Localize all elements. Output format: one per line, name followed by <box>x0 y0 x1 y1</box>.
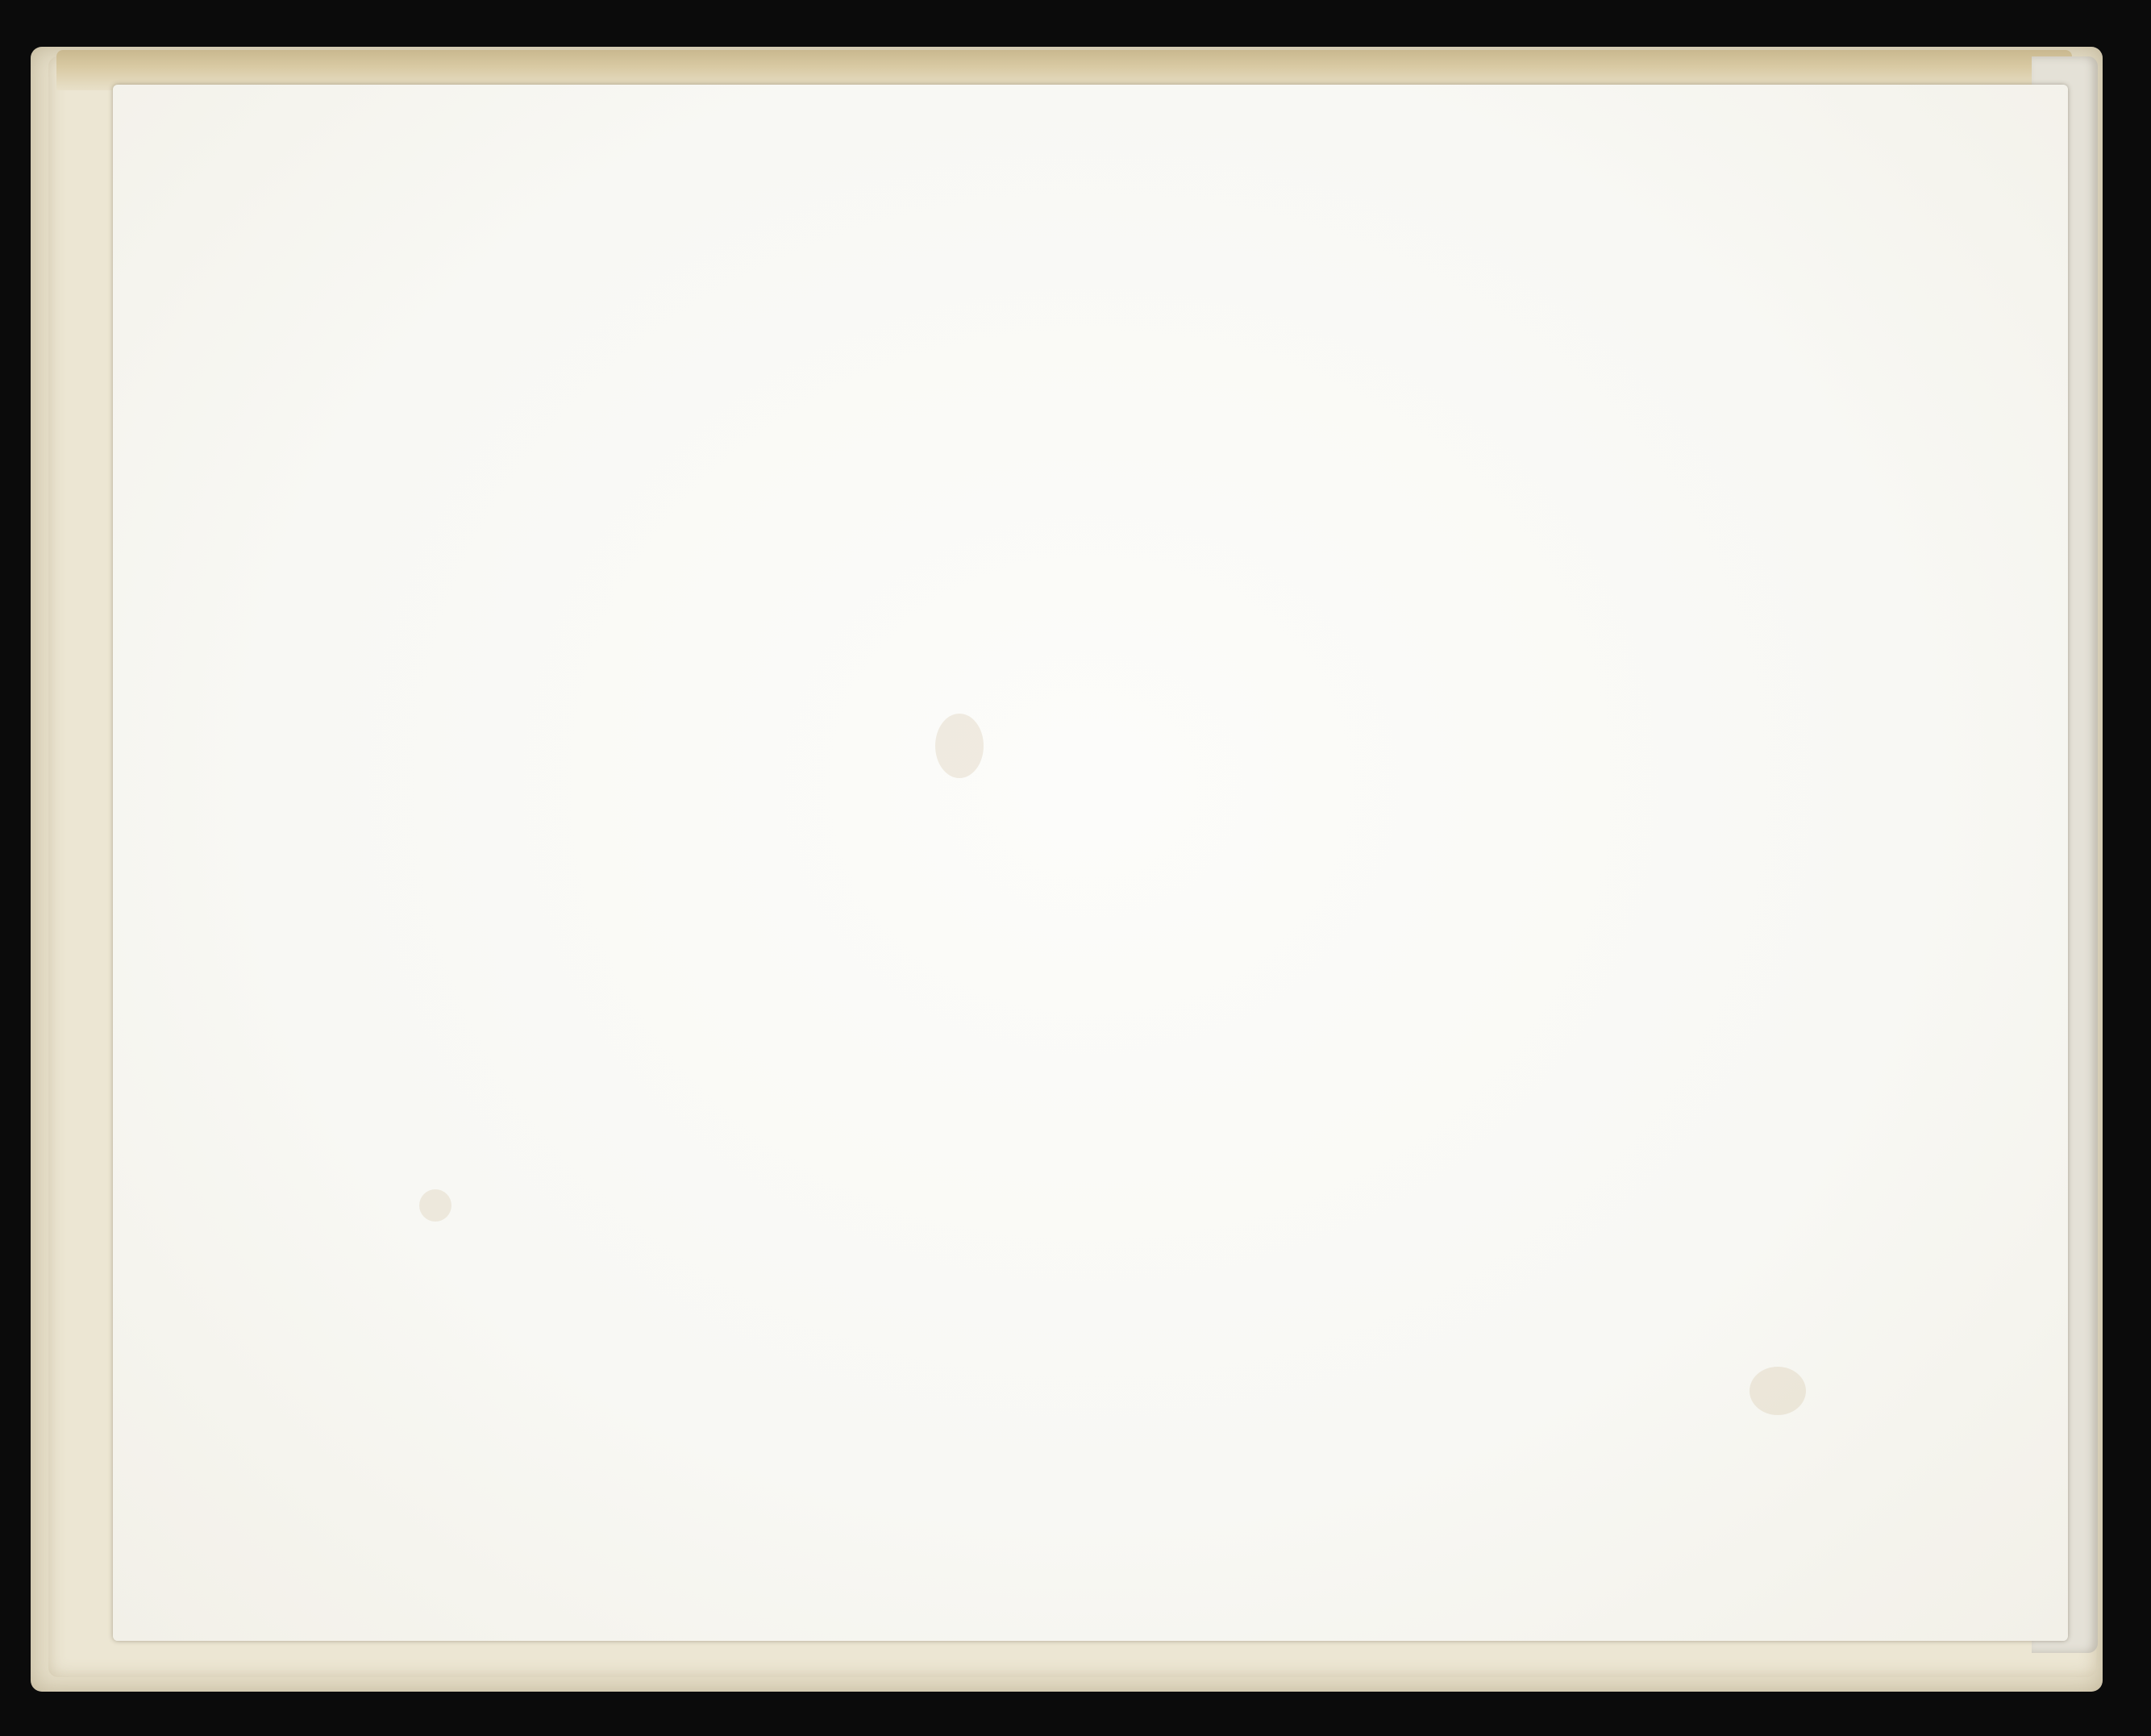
paper-stain <box>419 1189 451 1222</box>
paper-stain <box>1750 1367 1806 1415</box>
blank-page <box>113 85 2068 1641</box>
paper-stain <box>935 714 984 778</box>
